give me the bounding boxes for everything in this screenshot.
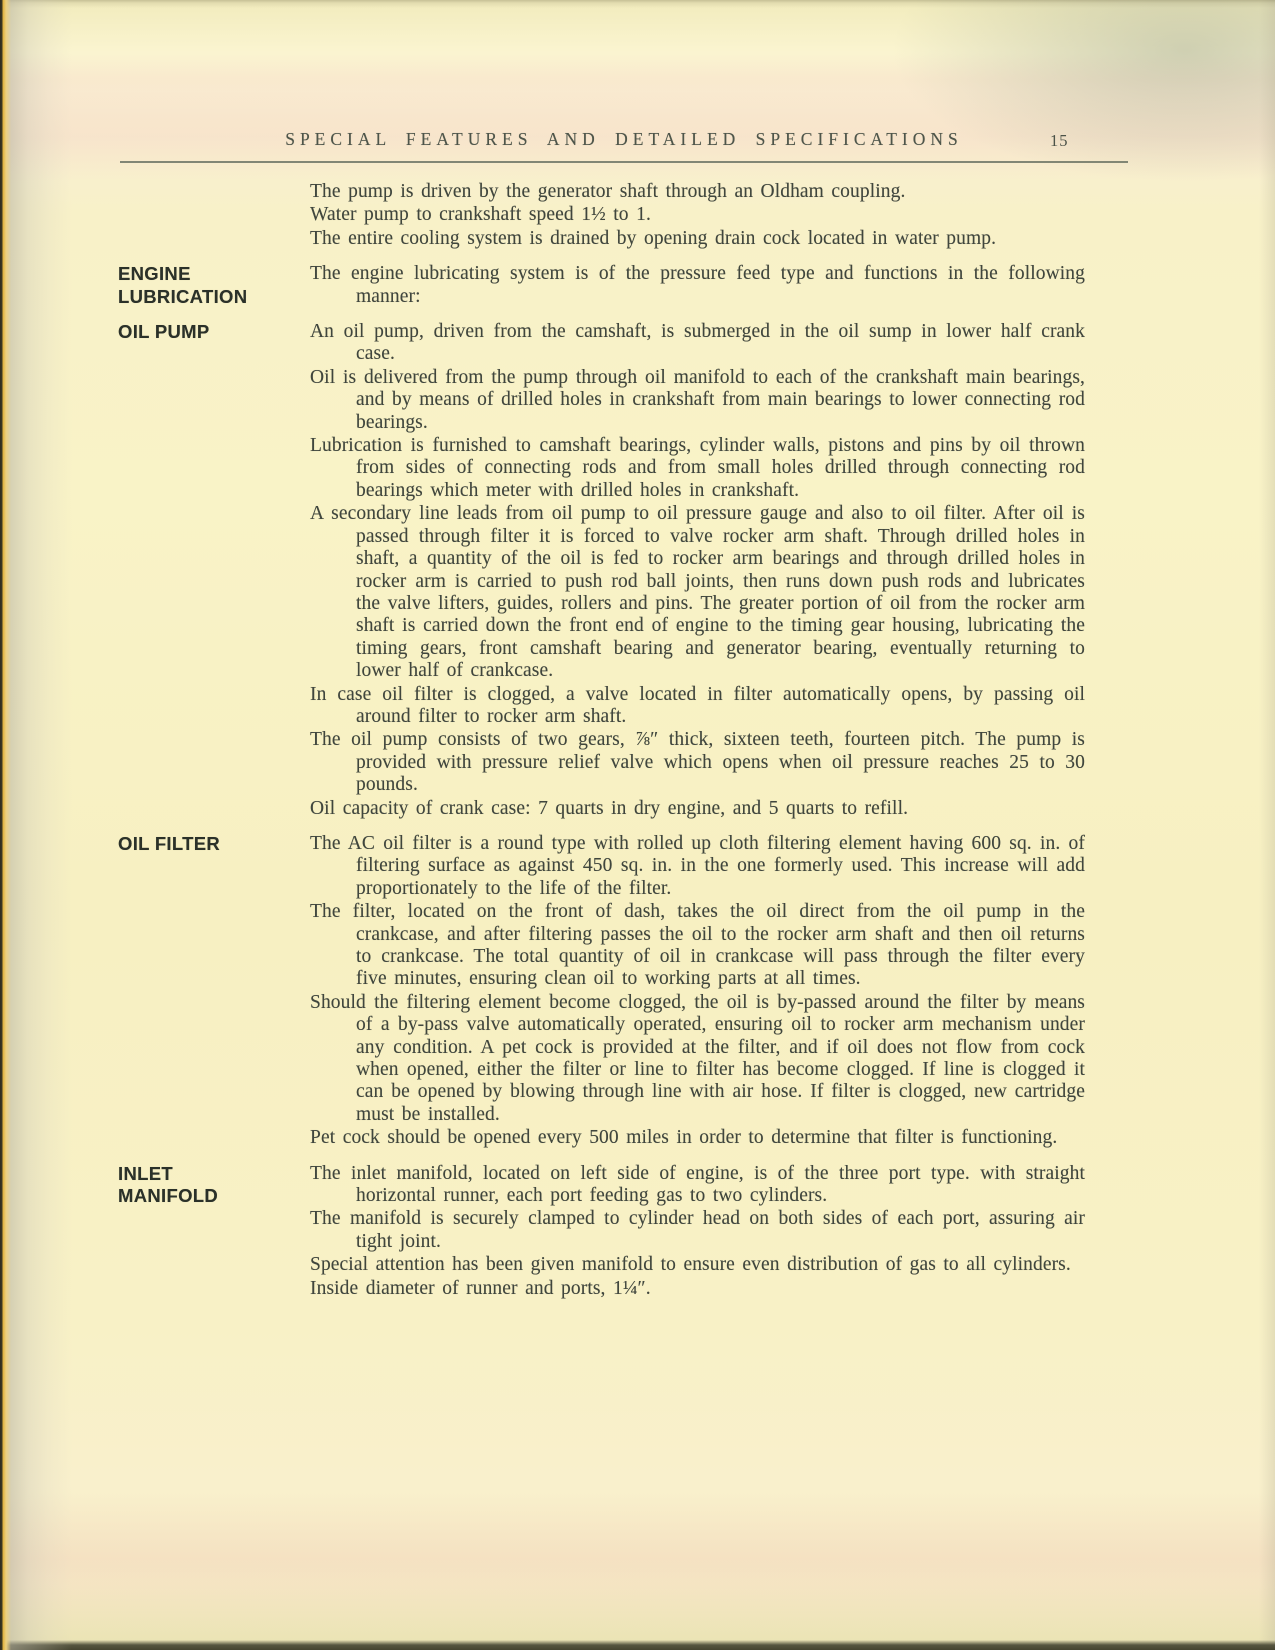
- paragraph: The AC oil filter is a round type with r…: [310, 833, 1085, 900]
- paragraph: Water pump to crankshaft speed 1½ to 1.: [310, 204, 1085, 226]
- section-body: An oil pump, driven from the camshaft, i…: [310, 321, 1085, 820]
- section-label: OIL FILTER: [118, 833, 310, 1150]
- page-header-title: SPECIAL FEATURES AND DETAILED SPECIFICAT…: [120, 129, 1128, 149]
- paragraph: The manifold is securely clamped to cyli…: [310, 1208, 1085, 1253]
- spec-section: INLETMANIFOLD The inlet manifold, locate…: [118, 1163, 1088, 1300]
- page-number: 15: [1050, 131, 1090, 151]
- paragraph: In case oil filter is clogged, a valve l…: [310, 684, 1085, 729]
- paragraph: Pet cock should be opened every 500 mile…: [310, 1127, 1085, 1149]
- section-label-line: MANIFOLD: [118, 1185, 310, 1207]
- section-body: The inlet manifold, located on left side…: [310, 1163, 1085, 1300]
- paragraph: A secondary line leads from oil pump to …: [310, 503, 1085, 682]
- paragraph: Should the filtering element become clog…: [310, 992, 1085, 1126]
- paragraph: The filter, located on the front of dash…: [310, 901, 1085, 991]
- spec-section: OIL FILTER The AC oil filter is a round …: [118, 833, 1088, 1150]
- section-label-line: OIL FILTER: [118, 833, 310, 855]
- section-label: ENGINELUBRICATION: [118, 263, 310, 308]
- section-label-line: ENGINE: [118, 263, 310, 285]
- paragraph: Oil capacity of crank case: 7 quarts in …: [310, 798, 1085, 820]
- header-rule: [120, 161, 1128, 163]
- paragraph: The pump is driven by the generator shaf…: [310, 181, 1085, 203]
- section-label: [118, 181, 310, 250]
- section-body: The pump is driven by the generator shaf…: [310, 181, 1085, 250]
- section-body: The engine lubricating system is of the …: [310, 263, 1085, 308]
- section-body: The AC oil filter is a round type with r…: [310, 833, 1085, 1150]
- paragraph: Inside diameter of runner and ports, 1¼″…: [310, 1278, 1085, 1300]
- spec-section: OIL PUMP An oil pump, driven from the ca…: [118, 321, 1088, 820]
- paragraph: The inlet manifold, located on left side…: [310, 1163, 1085, 1208]
- paragraph: An oil pump, driven from the camshaft, i…: [310, 321, 1085, 366]
- section-label-line: INLET: [118, 1163, 310, 1185]
- section-label: INLETMANIFOLD: [118, 1163, 310, 1300]
- section-label-line: LUBRICATION: [118, 286, 310, 308]
- section-label: OIL PUMP: [118, 321, 310, 820]
- paragraph: Special attention has been given manifol…: [310, 1254, 1085, 1276]
- content: The pump is driven by the generator shaf…: [118, 181, 1088, 1300]
- spec-section: ENGINELUBRICATION The engine lubricating…: [118, 263, 1088, 308]
- paragraph: The oil pump consists of two gears, ⅞″ t…: [310, 729, 1085, 796]
- paragraph: Oil is delivered from the pump through o…: [310, 367, 1085, 434]
- paragraph: Lubrication is furnished to camshaft bea…: [310, 435, 1085, 502]
- section-label-line: OIL PUMP: [118, 321, 310, 343]
- paragraph: The engine lubricating system is of the …: [310, 263, 1085, 308]
- paragraph: The entire cooling system is drained by …: [310, 228, 1085, 250]
- spec-section: The pump is driven by the generator shaf…: [118, 181, 1088, 250]
